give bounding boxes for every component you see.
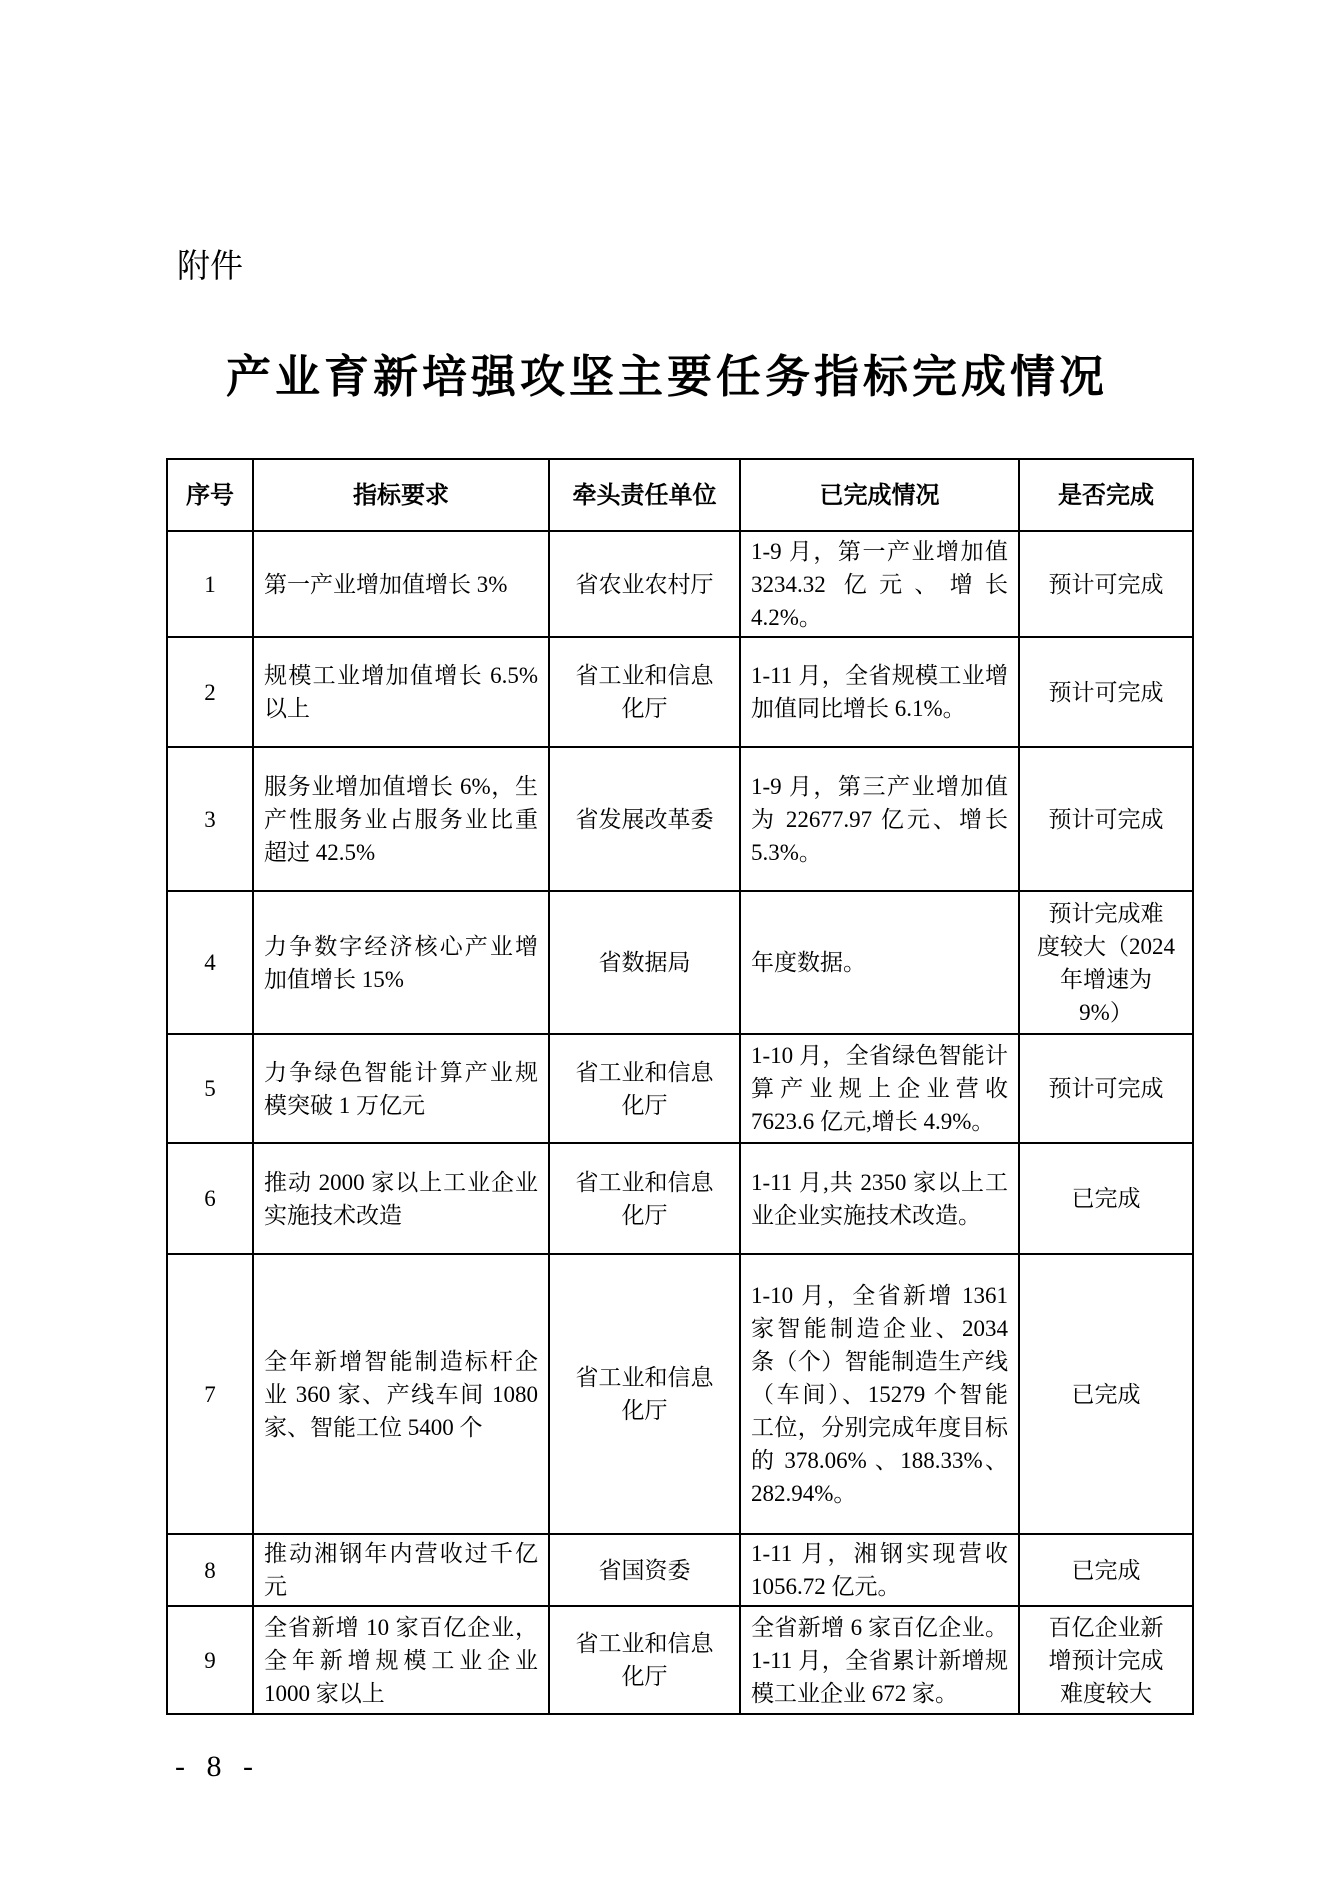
document-page: 附件 产业育新培强攻坚主要任务指标完成情况 序号 指标要求 牵头责任单位 已完成…: [0, 0, 1334, 1887]
col-header-status: 是否完成: [1019, 459, 1193, 531]
row-requirement: 全年新增智能制造标杆企业 360 家、产线车间 1080 家、智能工位 5400…: [253, 1254, 549, 1534]
row-requirement: 力争绿色智能计算产业规模突破 1 万亿元: [253, 1034, 549, 1143]
col-header-no: 序号: [167, 459, 253, 531]
row-unit: 省工业和信息 化厅: [549, 1034, 740, 1143]
col-header-unit: 牵头责任单位: [549, 459, 740, 531]
row-number: 7: [167, 1254, 253, 1534]
row-unit: 省农业农村厅: [549, 531, 740, 637]
col-header-requirement: 指标要求: [253, 459, 549, 531]
row-progress: 1-10 月，全省新增 1361 家智能制造企业、2034 条（个）智能制造生产…: [740, 1254, 1019, 1534]
row-status: 预计可完成: [1019, 531, 1193, 637]
row-requirement: 规模工业增加值增长 6.5%以上: [253, 637, 549, 747]
row-number: 8: [167, 1534, 253, 1606]
row-progress: 1-9 月，第三产业增加值为 22677.97 亿元、增长 5.3%。: [740, 747, 1019, 891]
row-number: 3: [167, 747, 253, 891]
row-status: 已完成: [1019, 1254, 1193, 1534]
row-number: 1: [167, 531, 253, 637]
page-number: - 8 -: [175, 1750, 260, 1784]
row-unit: 省发展改革委: [549, 747, 740, 891]
table-row: 3 服务业增加值增长 6%，生产性服务业占服务业比重超过 42.5% 省发展改革…: [167, 747, 1193, 891]
row-unit: 省工业和信息 化厅: [549, 1143, 740, 1254]
row-requirement: 力争数字经济核心产业增加值增长 15%: [253, 891, 549, 1034]
row-requirement: 推动 2000 家以上工业企业实施技术改造: [253, 1143, 549, 1254]
table-row: 7 全年新增智能制造标杆企业 360 家、产线车间 1080 家、智能工位 54…: [167, 1254, 1193, 1534]
row-requirement: 推动湘钢年内营收过千亿元: [253, 1534, 549, 1606]
table-row: 5 力争绿色智能计算产业规模突破 1 万亿元 省工业和信息 化厅 1-10 月，…: [167, 1034, 1193, 1143]
attachment-label: 附件: [177, 248, 243, 284]
row-progress: 年度数据。: [740, 891, 1019, 1034]
row-unit: 省数据局: [549, 891, 740, 1034]
row-progress: 1-11 月,共 2350 家以上工业企业实施技术改造。: [740, 1143, 1019, 1254]
table-row: 8 推动湘钢年内营收过千亿元 省国资委 1-11 月，湘钢实现营收 1056.7…: [167, 1534, 1193, 1606]
row-status: 预计可完成: [1019, 747, 1193, 891]
row-status: 预计完成难 度较大（2024 年增速为 9%）: [1019, 891, 1193, 1034]
row-number: 4: [167, 891, 253, 1034]
row-progress: 1-10 月，全省绿色智能计算产业规上企业营收 7623.6 亿元,增长 4.9…: [740, 1034, 1019, 1143]
indicators-table: 序号 指标要求 牵头责任单位 已完成情况 是否完成 1 第一产业增加值增长 3%…: [166, 458, 1194, 1715]
row-progress: 1-11 月，全省规模工业增加值同比增长 6.1%。: [740, 637, 1019, 747]
row-unit: 省工业和信息 化厅: [549, 1254, 740, 1534]
row-status: 预计可完成: [1019, 1034, 1193, 1143]
row-status: 预计可完成: [1019, 637, 1193, 747]
row-status: 百亿企业新 增预计完成 难度较大: [1019, 1606, 1193, 1714]
row-unit: 省工业和信息 化厅: [549, 1606, 740, 1714]
row-requirement: 服务业增加值增长 6%，生产性服务业占服务业比重超过 42.5%: [253, 747, 549, 891]
table-row: 2 规模工业增加值增长 6.5%以上 省工业和信息 化厅 1-11 月，全省规模…: [167, 637, 1193, 747]
table-row: 9 全省新增 10 家百亿企业，全年新增规模工业企业 1000 家以上 省工业和…: [167, 1606, 1193, 1714]
table-header-row: 序号 指标要求 牵头责任单位 已完成情况 是否完成: [167, 459, 1193, 531]
col-header-progress: 已完成情况: [740, 459, 1019, 531]
row-status: 已完成: [1019, 1534, 1193, 1606]
row-status: 已完成: [1019, 1143, 1193, 1254]
row-number: 2: [167, 637, 253, 747]
table-row: 1 第一产业增加值增长 3% 省农业农村厅 1-9 月，第一产业增加值 3234…: [167, 531, 1193, 637]
row-number: 9: [167, 1606, 253, 1714]
row-requirement: 全省新增 10 家百亿企业，全年新增规模工业企业 1000 家以上: [253, 1606, 549, 1714]
row-unit: 省国资委: [549, 1534, 740, 1606]
table-row: 4 力争数字经济核心产业增加值增长 15% 省数据局 年度数据。 预计完成难 度…: [167, 891, 1193, 1034]
page-title: 产业育新培强攻坚主要任务指标完成情况: [0, 350, 1334, 404]
row-number: 5: [167, 1034, 253, 1143]
table-row: 6 推动 2000 家以上工业企业实施技术改造 省工业和信息 化厅 1-11 月…: [167, 1143, 1193, 1254]
row-number: 6: [167, 1143, 253, 1254]
row-requirement: 第一产业增加值增长 3%: [253, 531, 549, 637]
row-progress: 1-11 月，湘钢实现营收 1056.72 亿元。: [740, 1534, 1019, 1606]
row-progress: 1-9 月，第一产业增加值 3234.32 亿元、增长 4.2%。: [740, 531, 1019, 637]
row-progress: 全省新增 6 家百亿企业。1-11 月，全省累计新增规模工业企业 672 家。: [740, 1606, 1019, 1714]
row-unit: 省工业和信息 化厅: [549, 637, 740, 747]
